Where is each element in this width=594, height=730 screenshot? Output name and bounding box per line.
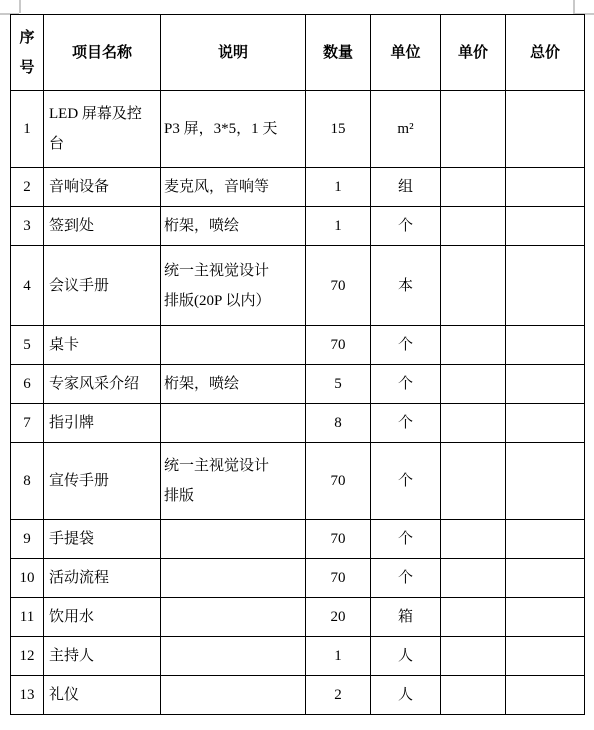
unit-price-cell bbox=[441, 246, 506, 326]
item-name-cell: 礼仪 bbox=[44, 676, 161, 715]
row-number-cell: 7 bbox=[11, 404, 44, 443]
header-unit: 单位 bbox=[371, 15, 441, 91]
unit-price-cell bbox=[441, 168, 506, 207]
total-price-cell bbox=[506, 168, 585, 207]
total-price-cell bbox=[506, 365, 585, 404]
unit-price-cell bbox=[441, 520, 506, 559]
table-row: 10 活动流程 70 个 bbox=[11, 559, 585, 598]
unit-price-cell bbox=[441, 443, 506, 520]
table-row: 5 桌卡 70 个 bbox=[11, 326, 585, 365]
total-price-cell bbox=[506, 598, 585, 637]
unit-price-cell bbox=[441, 637, 506, 676]
table-row: 1 LED 屏幕及控 台 P3 屏，3*5，1 天 15 m² bbox=[11, 91, 585, 168]
description-cell bbox=[161, 598, 306, 637]
description-cell: P3 屏，3*5，1 天 bbox=[161, 91, 306, 168]
text-boundary-mark-top-right-vertical bbox=[573, 0, 575, 13]
quantity-cell: 70 bbox=[306, 326, 371, 365]
unit-cell: 人 bbox=[371, 676, 441, 715]
unit-cell: 组 bbox=[371, 168, 441, 207]
header-description: 说明 bbox=[161, 15, 306, 91]
total-price-cell bbox=[506, 443, 585, 520]
table-row: 11 饮用水 20 箱 bbox=[11, 598, 585, 637]
row-number-cell: 3 bbox=[11, 207, 44, 246]
unit-price-cell bbox=[441, 598, 506, 637]
description-cell: 统一主视觉设计 排版(20P 以内） bbox=[161, 246, 306, 326]
unit-price-cell bbox=[441, 326, 506, 365]
description-cell: 桁架，喷绘 bbox=[161, 207, 306, 246]
item-name-cell: LED 屏幕及控 台 bbox=[44, 91, 161, 168]
item-name-cell: 主持人 bbox=[44, 637, 161, 676]
header-total-price: 总价 bbox=[506, 15, 585, 91]
unit-cell: m² bbox=[371, 91, 441, 168]
row-number-cell: 12 bbox=[11, 637, 44, 676]
row-number-cell: 2 bbox=[11, 168, 44, 207]
description-cell bbox=[161, 326, 306, 365]
total-price-cell bbox=[506, 207, 585, 246]
table-row: 6 专家风采介绍 桁架，喷绘 5 个 bbox=[11, 365, 585, 404]
unit-cell: 个 bbox=[371, 520, 441, 559]
table-row: 2 音响设备 麦克风，音响等 1 组 bbox=[11, 168, 585, 207]
unit-cell: 箱 bbox=[371, 598, 441, 637]
row-number-cell: 9 bbox=[11, 520, 44, 559]
total-price-cell bbox=[506, 520, 585, 559]
quantity-cell: 1 bbox=[306, 637, 371, 676]
total-price-cell bbox=[506, 91, 585, 168]
item-name-cell: 会议手册 bbox=[44, 246, 161, 326]
quantity-cell: 70 bbox=[306, 520, 371, 559]
total-price-cell bbox=[506, 676, 585, 715]
description-cell bbox=[161, 559, 306, 598]
unit-cell: 个 bbox=[371, 326, 441, 365]
unit-price-cell bbox=[441, 404, 506, 443]
row-number-cell: 13 bbox=[11, 676, 44, 715]
unit-price-cell bbox=[441, 676, 506, 715]
quantity-cell: 5 bbox=[306, 365, 371, 404]
row-number-cell: 11 bbox=[11, 598, 44, 637]
row-number-cell: 1 bbox=[11, 91, 44, 168]
total-price-cell bbox=[506, 326, 585, 365]
description-cell bbox=[161, 404, 306, 443]
table-row: 4 会议手册 统一主视觉设计 排版(20P 以内） 70 本 bbox=[11, 246, 585, 326]
description-cell bbox=[161, 520, 306, 559]
header-item-name: 项目名称 bbox=[44, 15, 161, 91]
header-unit-price: 单价 bbox=[441, 15, 506, 91]
row-number-cell: 10 bbox=[11, 559, 44, 598]
text-boundary-mark-top-left-vertical bbox=[19, 0, 21, 13]
item-name-cell: 指引牌 bbox=[44, 404, 161, 443]
item-name-cell: 音响设备 bbox=[44, 168, 161, 207]
pricing-table: 序 号 项目名称 说明 数量 单位 单价 总价 1 LED 屏幕及控 台 P3 … bbox=[10, 14, 585, 715]
quantity-cell: 70 bbox=[306, 246, 371, 326]
total-price-cell bbox=[506, 559, 585, 598]
table-row: 9 手提袋 70 个 bbox=[11, 520, 585, 559]
description-cell: 麦克风，音响等 bbox=[161, 168, 306, 207]
quantity-cell: 70 bbox=[306, 443, 371, 520]
header-row: 序 号 项目名称 说明 数量 单位 单价 总价 bbox=[11, 15, 585, 91]
unit-cell: 个 bbox=[371, 443, 441, 520]
item-name-cell: 签到处 bbox=[44, 207, 161, 246]
table-row: 3 签到处 桁架，喷绘 1 个 bbox=[11, 207, 585, 246]
description-cell: 桁架，喷绘 bbox=[161, 365, 306, 404]
quantity-cell: 20 bbox=[306, 598, 371, 637]
table-row: 12 主持人 1 人 bbox=[11, 637, 585, 676]
item-name-cell: 专家风采介绍 bbox=[44, 365, 161, 404]
table-row: 7 指引牌 8 个 bbox=[11, 404, 585, 443]
unit-cell: 本 bbox=[371, 246, 441, 326]
unit-cell: 个 bbox=[371, 207, 441, 246]
quantity-cell: 1 bbox=[306, 168, 371, 207]
header-serial-number: 序 号 bbox=[11, 15, 44, 91]
quantity-cell: 70 bbox=[306, 559, 371, 598]
unit-cell: 个 bbox=[371, 559, 441, 598]
unit-cell: 个 bbox=[371, 404, 441, 443]
description-cell bbox=[161, 637, 306, 676]
unit-price-cell bbox=[441, 207, 506, 246]
unit-price-cell bbox=[441, 365, 506, 404]
unit-cell: 人 bbox=[371, 637, 441, 676]
row-number-cell: 8 bbox=[11, 443, 44, 520]
total-price-cell bbox=[506, 246, 585, 326]
quantity-cell: 2 bbox=[306, 676, 371, 715]
quantity-cell: 15 bbox=[306, 91, 371, 168]
total-price-cell bbox=[506, 637, 585, 676]
total-price-cell bbox=[506, 404, 585, 443]
table-row: 8 宣传手册 统一主视觉设计 排版 70 个 bbox=[11, 443, 585, 520]
item-name-cell: 桌卡 bbox=[44, 326, 161, 365]
item-name-cell: 活动流程 bbox=[44, 559, 161, 598]
unit-price-cell bbox=[441, 559, 506, 598]
table-row: 13 礼仪 2 人 bbox=[11, 676, 585, 715]
item-name-cell: 饮用水 bbox=[44, 598, 161, 637]
header-quantity: 数量 bbox=[306, 15, 371, 91]
row-number-cell: 6 bbox=[11, 365, 44, 404]
description-cell bbox=[161, 676, 306, 715]
unit-price-cell bbox=[441, 91, 506, 168]
unit-cell: 个 bbox=[371, 365, 441, 404]
row-number-cell: 4 bbox=[11, 246, 44, 326]
quantity-cell: 8 bbox=[306, 404, 371, 443]
item-name-cell: 手提袋 bbox=[44, 520, 161, 559]
row-number-cell: 5 bbox=[11, 326, 44, 365]
item-name-cell: 宣传手册 bbox=[44, 443, 161, 520]
quantity-cell: 1 bbox=[306, 207, 371, 246]
document-page: 序 号 项目名称 说明 数量 单位 单价 总价 1 LED 屏幕及控 台 P3 … bbox=[0, 0, 594, 730]
description-cell: 统一主视觉设计 排版 bbox=[161, 443, 306, 520]
